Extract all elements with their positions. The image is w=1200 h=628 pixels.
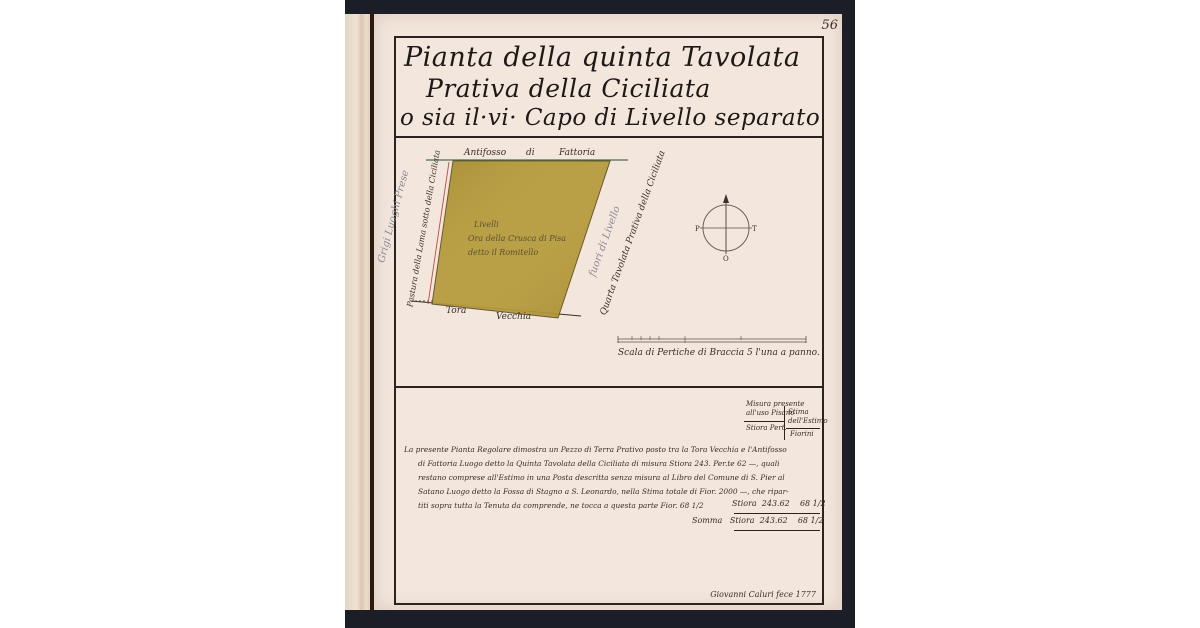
total-row: Somma Stiora 243.62 68 1/2 <box>692 516 823 525</box>
signature: Giovanni Caluri fece 1777 <box>710 590 816 599</box>
page-frame: Pianta della quinta Tavolata Prativa del… <box>394 36 824 605</box>
title-line-3: o sia il·vi· Capo di Livello separato <box>400 105 820 131</box>
svg-text:P: P <box>695 225 700 233</box>
entry-estimate: 68 1/2 <box>800 499 826 508</box>
parcel-note-3: detto il Romitello <box>468 248 538 257</box>
estimate-unit-header: Fiorini <box>790 430 814 439</box>
total-label: Somma <box>692 516 722 525</box>
estimate-header-line-1: Stima <box>788 408 828 417</box>
title-cartouche: Pianta della quinta Tavolata Prativa del… <box>396 38 822 138</box>
label-top-1: Antifosso <box>464 148 506 158</box>
description-line: restano comprese all'Estimo in una Posta… <box>404 471 744 485</box>
description-line: di Fattoria Luogo detto la Quinta Tavola… <box>404 457 744 471</box>
header-rule-right <box>786 428 820 429</box>
compass-rose: P T O <box>695 194 757 263</box>
total-estimate: 68 1/2 <box>798 516 824 525</box>
svg-text:T: T <box>752 225 757 233</box>
valuation-section: Misura presente all'uso Pisano Stiora Pe… <box>396 388 822 603</box>
header-rule-left <box>744 421 784 422</box>
label-bottom-1: Tora <box>446 306 466 316</box>
estimate-column-header: Stima dell'Estimo <box>788 408 828 426</box>
scale-caption: Scala di Pertiche di Braccia 5 l'una a p… <box>618 348 820 358</box>
header-divider <box>784 406 785 440</box>
total-rule <box>734 530 820 531</box>
measure-unit-header: Stiora Pert. <box>746 424 787 433</box>
entry-measure: 243.62 <box>762 499 790 508</box>
scale-bar <box>618 336 806 343</box>
label-top-2: di <box>526 148 535 158</box>
label-top-3: Fattoria <box>559 148 595 158</box>
entry-rule <box>734 513 820 514</box>
title-line-1: Pianta della quinta Tavolata <box>404 42 800 73</box>
description-text: La presente Pianta Regolare dimostra un … <box>404 443 744 513</box>
title-line-2: Prativa della Ciciliata <box>426 74 711 103</box>
description-line: titi sopra tutta la Tenuta da comprende,… <box>404 499 744 513</box>
map-area: P T O Antifosso <box>396 136 822 388</box>
description-line: La presente Pianta Regolare dimostra un … <box>404 443 744 457</box>
estimate-header-line-2: dell'Estimo <box>788 417 828 426</box>
svg-text:O: O <box>723 255 729 263</box>
total-unit: Stiora <box>730 516 755 525</box>
entry-label: Stiora <box>732 499 757 508</box>
folio-number: 56 <box>821 18 838 33</box>
description-line: Satano Luogo detto la Fossa di Stagno a … <box>404 485 744 499</box>
parcel-note-2: Ora della Crusca di Pisa <box>468 234 566 243</box>
entry-row: Stiora 243.62 68 1/2 <box>732 499 826 508</box>
parcel-note-1: Livelli <box>474 220 499 229</box>
total-measure: 243.62 <box>760 516 788 525</box>
manuscript-page: 56 Pianta della quinta Tavolata Prativa … <box>374 14 842 610</box>
label-bottom-2: Vecchia <box>496 312 531 322</box>
